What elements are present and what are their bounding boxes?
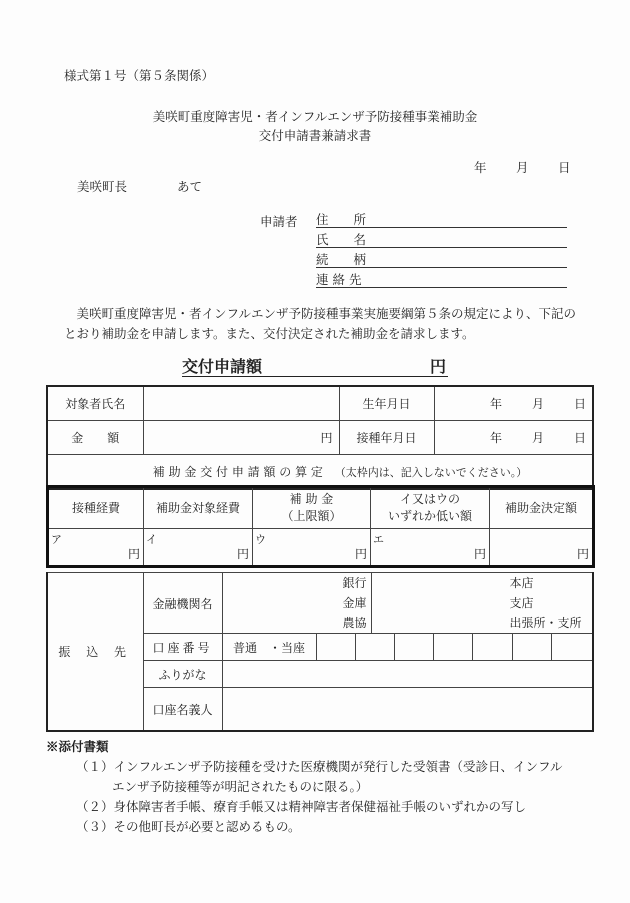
item-text: その他町長が必要と認めるもの。 [114,819,301,834]
column-header-subsidy-limit: 補 助 金（上限額） [253,487,371,529]
name-label: 氏 名 [316,230,366,248]
account-digit-6[interactable] [512,634,551,661]
account-number-label: 口座番号 [143,634,222,661]
subject-name-label: 対象者氏名 [47,386,143,421]
eligible-cost-cell: イ円 [144,529,253,567]
address-field[interactable]: 住 所 [316,210,567,228]
key-e: エ [373,531,384,547]
bank-transfer-table: 振 込 先 金融機関名 銀行 金庫 農協 本店 支店 出張所・支所 口座番号 普… [46,572,594,732]
vaccination-date-label: 接種年月日 [339,421,434,455]
address-label: 住 所 [316,210,366,228]
day-label: 日 [574,431,586,445]
day-label: 日 [574,397,586,411]
yen-unit: 円 [474,545,486,562]
birthdate-input[interactable]: 年月日 [434,386,593,421]
account-holder-label: 口座名義人 [143,688,222,732]
month-label: 月 [532,397,544,411]
item-text: 身体障害者手帳、療育手帳又は精神障害者保健福祉手帳のいずれかの写し [114,799,527,814]
day-label: 日 [558,158,571,176]
furigana-input[interactable] [222,661,593,688]
lower-amount-cell: エ円 [371,529,490,567]
item-number: （２） [76,799,114,814]
header-text: いずれか低い額 [388,509,472,523]
addressee-name: 美咲町長 [77,179,127,194]
yen-unit: 円 [430,354,446,377]
column-header-decided-amount: 補助金決定額 [490,487,594,529]
application-date[interactable]: 年月日 [474,158,571,176]
applicant-label: 申請者 [260,212,298,230]
requested-amount-field[interactable]: 交付申請額 円 [182,354,448,377]
column-header-eligible-cost: 補助金対象経費 [144,487,253,529]
relationship-field[interactable]: 続 柄 [316,250,567,268]
yen-unit: 円 [355,545,367,562]
document-subtitle: 交付申請書兼請求書 [0,126,630,144]
account-digit-1[interactable] [316,634,355,661]
institution-name-input[interactable]: 銀行 金庫 農協 [222,573,371,634]
branch-type: 支店 [372,593,589,613]
calculation-table: 接種経費 補助金対象経費 補 助 金（上限額） イ又はウのいずれか低い額 補助金… [46,485,595,568]
branch-name-input[interactable]: 本店 支店 出張所・支所 [371,573,593,634]
relationship-label: 続 柄 [316,250,366,268]
key-a: ア [51,531,62,547]
account-digit-3[interactable] [394,634,433,661]
calc-heading-row: 補 助 金 交 付 申 請 額 の 算 定 （太枠内は、記入しないでください。） [47,455,593,490]
calc-note: （太枠内は、記入しないでください。） [335,466,528,479]
yen-unit: 円 [237,545,249,562]
decided-amount-cell: 円 [490,529,594,567]
header-text: 接種経費 [72,501,120,515]
vaccination-date-input[interactable]: 年月日 [434,421,593,455]
attachment-item-1-continued: エンザ予防接種等が明記されたものに限る。） [112,777,368,795]
year-label: 年 [490,431,502,445]
ja-type: 農協 [223,613,367,633]
subsidy-limit-cell: ウ円 [253,529,371,567]
attachment-item-1: （１）インフルエンザ予防接種を受けた医療機関が発行した受領書（受診日、インフル [76,757,563,775]
account-type-selector[interactable]: 普通 ・当座 [222,634,316,661]
yen-unit: 円 [128,545,140,562]
column-header-lower-amount: イ又はウのいずれか低い額 [371,487,490,529]
account-holder-input[interactable] [222,688,593,732]
addressee-suffix: あて [177,179,202,194]
bank-type: 銀行 [223,573,367,593]
subject-info-table: 対象者氏名 生年月日 年月日 金 額 円 接種年月日 年月日 補 助 金 交 付… [46,385,594,490]
key-i: イ [146,531,157,547]
attachment-item-2: （２）身体障害者手帳、療育手帳又は精神障害者保健福祉手帳のいずれかの写し [76,797,526,815]
name-field[interactable]: 氏 名 [316,230,567,248]
vaccination-cost-cell: ア円 [48,529,144,567]
amount-input[interactable]: 円 [143,421,339,455]
sub-branch-type: 出張所・支所 [372,613,589,633]
header-text: 補助金対象経費 [156,501,240,515]
account-digit-5[interactable] [472,634,512,661]
key-u: ウ [255,531,266,547]
institution-label: 金融機関名 [143,573,222,634]
attachments-title: ※添付書類 [46,737,109,755]
header-text: 補 助 金 [290,492,334,506]
subject-name-input[interactable] [143,386,339,421]
addressee: 美咲町長あて [77,177,202,195]
attachment-item-3: （３）その他町長が必要と認めるもの。 [76,817,301,835]
shinkin-type: 金庫 [223,593,367,613]
transfer-section-label: 振 込 先 [47,573,143,732]
document-title: 美咲町重度障害児・者インフルエンザ予防接種事業補助金 [0,107,630,125]
contact-label: 連 絡 先 [316,270,361,288]
item-text: インフルエンザ予防接種を受けた医療機関が発行した受領書（受診日、インフル [114,759,563,774]
account-digit-4[interactable] [433,634,472,661]
body-text: 美咲町重度障害児・者インフルエンザ予防接種事業実施要綱第５条の規定により、下記の… [64,304,584,344]
item-number: （３） [76,819,114,834]
item-number: （１） [76,759,114,774]
birthdate-label: 生年月日 [339,386,434,421]
header-text: 補助金決定額 [505,501,577,515]
contact-field[interactable]: 連 絡 先 [316,270,567,288]
amount-label: 金 額 [47,421,143,455]
requested-amount-label: 交付申請額 [182,357,262,376]
year-label: 年 [474,158,516,176]
head-office-type: 本店 [372,573,589,593]
furigana-label: ふりがな [143,661,222,688]
calc-heading: 補 助 金 交 付 申 請 額 の 算 定 [153,465,323,479]
form-number: 様式第１号（第５条関係） [64,66,214,84]
column-header-vaccination-cost: 接種経費 [48,487,144,529]
year-label: 年 [490,397,502,411]
account-digit-7[interactable] [551,634,593,661]
month-label: 月 [516,158,558,176]
header-text: （上限額） [281,509,341,523]
month-label: 月 [532,431,544,445]
yen-unit: 円 [577,545,589,562]
account-digit-2[interactable] [355,634,394,661]
header-text: イ又はウの [400,492,460,506]
